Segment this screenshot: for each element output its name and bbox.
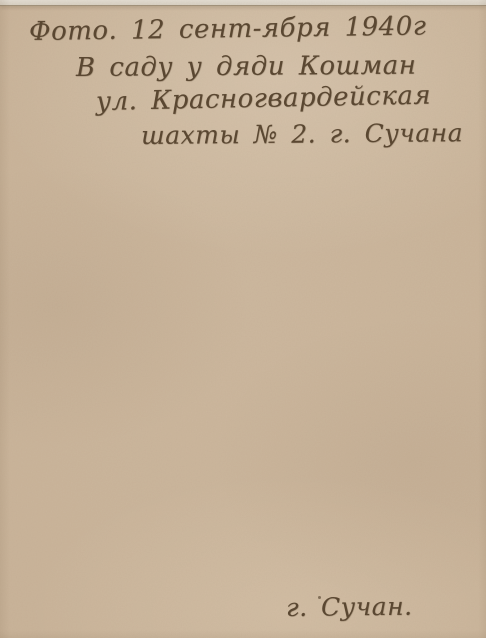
photo-back-scan: Фото. 12 сент-ября 1940г В саду у дяди К… — [0, 0, 486, 638]
bottom-city-note: г. Сучан. — [286, 592, 413, 622]
inscription-line-date: Фото. 12 сент-ября 1940г — [29, 11, 427, 47]
inscription-line-mine-city: шахты № 2. г. Сучана — [141, 118, 463, 150]
inscription-line-place: В саду у дяди Кошман — [76, 51, 417, 83]
scan-top-edge — [0, 0, 486, 6]
ink-speck — [318, 596, 321, 599]
inscription-line-street: ул. Красногвардейская — [96, 81, 432, 117]
